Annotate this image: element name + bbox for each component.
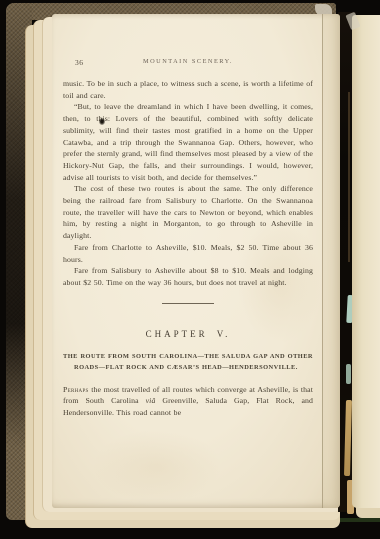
chapter-heading: CHAPTER V. [63,329,313,340]
foxing-stain [92,429,222,504]
body-paragraph: Fare from Charlotte to Asheville, $10. M… [63,242,313,265]
binding-thread [348,92,350,262]
page-number: 36 [75,58,84,67]
via-italic: viâ [146,396,156,405]
torn-paper-fragment [346,364,351,384]
intro-paragraph: Perhaps the most travelled of all routes… [63,384,313,419]
body-paragraph: “But, to leave the dreamland in which I … [63,101,313,183]
text-column: music. To be in such a place, to witness… [63,78,313,419]
torn-paper-fragment [344,400,352,476]
book-photograph: 36 MOUNTAIN SCENERY. music. To be in suc… [0,0,380,539]
chapter-synopsis: THE ROUTE FROM SOUTH CAROLINA—THE SALUDA… [63,351,313,374]
body-paragraph: music. To be in such a place, to witness… [63,78,313,101]
page-fore-edge [322,14,340,508]
lead-word: Perhaps [63,385,89,394]
body-paragraph: Fare from Salisbury to Asheville about $… [63,265,313,288]
book-page: 36 MOUNTAIN SCENERY. music. To be in suc… [52,14,340,508]
next-page-edge [352,15,380,508]
body-paragraph: The cost of these two routes is about th… [63,183,313,242]
ink-blot [99,118,105,125]
section-divider [162,303,214,304]
page-header: 36 MOUNTAIN SCENERY. [63,58,313,70]
running-title: MOUNTAIN SCENERY. [63,58,313,65]
